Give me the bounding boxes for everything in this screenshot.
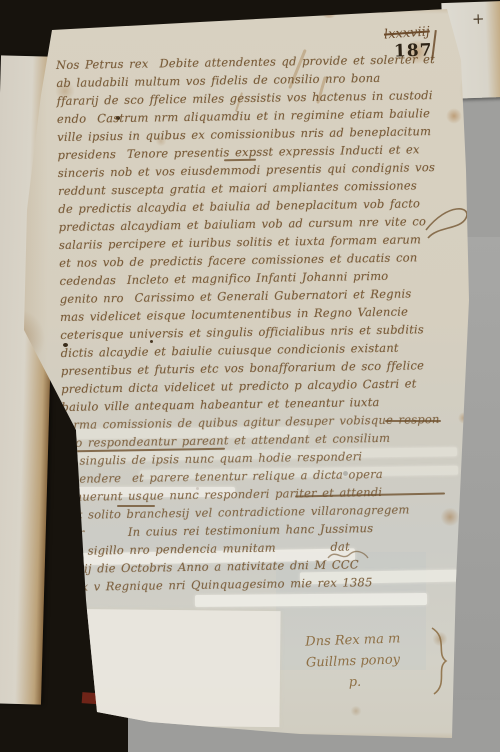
manuscript-scan: + Nos Petrus rex [0,0,500,752]
repair-patch [61,609,280,727]
pen-flourish [422,198,472,244]
brace-flourish [428,626,454,696]
pen-flourish [326,546,370,566]
abbreviation-bar [385,420,441,422]
chancery-line: Guillms ponoy [306,649,402,673]
page-number: 187 [394,40,433,61]
manuscript-page: Nos Petrus rex Debite attendentes qd pro… [0,0,500,752]
stain [350,706,362,716]
stain [320,6,338,18]
chancery-note: Dns Rex ma m Guillms ponoy p. [305,628,402,694]
dash-stroke [117,505,155,507]
cross-mark: + [472,10,485,28]
chancery-line: p. [306,670,402,694]
manuscript-text: Nos Petrus rex Debite attendentes qd pro… [56,52,470,598]
